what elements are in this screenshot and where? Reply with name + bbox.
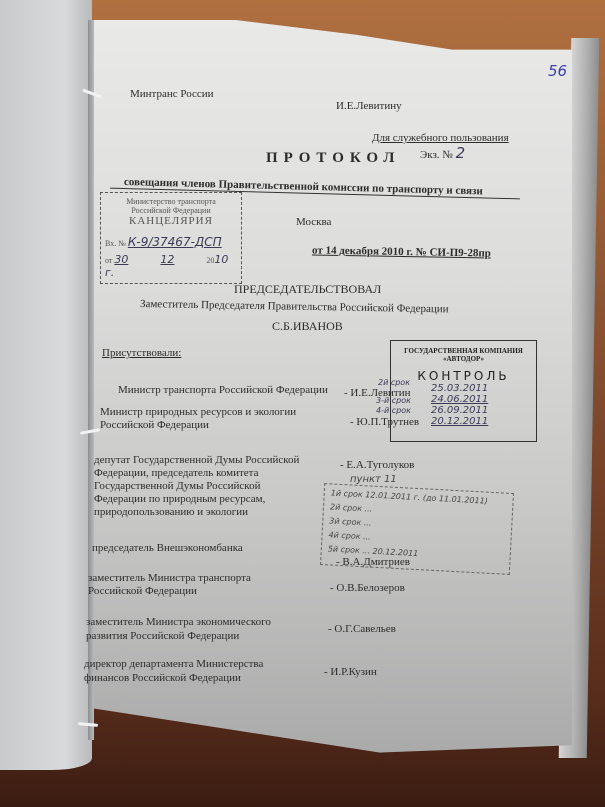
- side-note: 4-й срок: [376, 406, 411, 415]
- copy-number: 2: [456, 144, 466, 162]
- stamp-in-label: Вх. №: [105, 239, 126, 248]
- control-date: 26.09.2011: [431, 405, 536, 416]
- stamp-line: Российской Федерации: [101, 206, 241, 215]
- attendee-role: природопользованию и экологии: [94, 506, 248, 518]
- office-stamp: Министерство транспорта Российской Федер…: [100, 192, 242, 284]
- stamp-org: «АВТОДОР»: [391, 355, 536, 363]
- attendee-name: - О.Г.Савельев: [328, 623, 396, 635]
- page-number: 56: [548, 62, 567, 80]
- attendee-role: Министр транспорта Российской Федерации: [118, 384, 328, 396]
- attendee-role: Министр природных ресурсов и экологии: [100, 406, 296, 418]
- copy-label: Экз. № 2: [420, 144, 465, 162]
- classification: Для служебного пользования: [372, 132, 509, 144]
- attendee-role: Федерации, председатель комитета: [94, 467, 259, 479]
- stamp-day: 30: [114, 253, 128, 266]
- stamp-title: КАНЦЕЛЯРИЯ: [101, 215, 241, 227]
- attendees-heading: Присутствовали:: [102, 347, 181, 359]
- stamp-date-prefix: от: [105, 256, 112, 265]
- addressee: И.Е.Левитину: [336, 100, 402, 112]
- incoming-number: К-9/37467-ДСП: [128, 235, 222, 249]
- attendee-role: развития Российской Федерации: [86, 630, 239, 642]
- attendee-role: Российской Федерации: [88, 585, 197, 597]
- document-title: ПРОТОКОЛ: [266, 150, 400, 167]
- control-date: 24.06.2011: [431, 394, 536, 405]
- attendee-name: - О.В.Белозеров: [330, 582, 405, 594]
- control-date: 25.03.2011: [431, 383, 536, 394]
- attendee-name: - Е.А.Туголуков: [340, 459, 414, 471]
- handwritten-point-note: пункт 11: [350, 474, 397, 485]
- attendee-role: Федерации по природным ресурсам,: [94, 493, 265, 505]
- attendee-name: - И.Е.Левитин: [344, 387, 411, 399]
- attendee-role: председатель Внешэкономбанка: [92, 542, 243, 554]
- left-page: [0, 0, 92, 770]
- attendee-name: - И.Р.Кузин: [324, 666, 377, 678]
- attendee-role: финансов Российской Федерации: [84, 672, 241, 684]
- chair-name: С.Б.ИВАНОВ: [272, 319, 343, 334]
- stamp-month: 12: [160, 253, 174, 266]
- city: Москва: [296, 216, 331, 228]
- side-note: 2й срок: [378, 378, 410, 387]
- sender: Минтранс России: [130, 88, 214, 100]
- attendee-role: директор департамента Министерства: [84, 658, 263, 670]
- chair-heading: ПРЕДСЕДАТЕЛЬСТВОВАЛ: [234, 282, 381, 297]
- handwritten-note-block: 1й срок 12.01.2011 г. (до 11.01.2011) 2й…: [320, 483, 514, 575]
- attendee-role: заместитель Министра экономического: [86, 616, 271, 628]
- control-date: 20.12.2011: [431, 416, 536, 427]
- attendee-role: Российской Федерации: [100, 419, 209, 431]
- attendee-role: депутат Государственной Думы Российской: [94, 454, 299, 466]
- attendee-name: - Ю.П.Трутнев: [350, 416, 419, 428]
- stamp-org: ГОСУДАРСТВЕННАЯ КОМПАНИЯ: [391, 347, 536, 355]
- attendee-role: Государственной Думы Российской: [94, 480, 260, 492]
- attendee-role: заместитель Министра транспорта: [88, 572, 251, 584]
- stamp-line: Министерство транспорта: [101, 197, 241, 206]
- stamp-control-label: КОНТРОЛЬ: [391, 369, 536, 383]
